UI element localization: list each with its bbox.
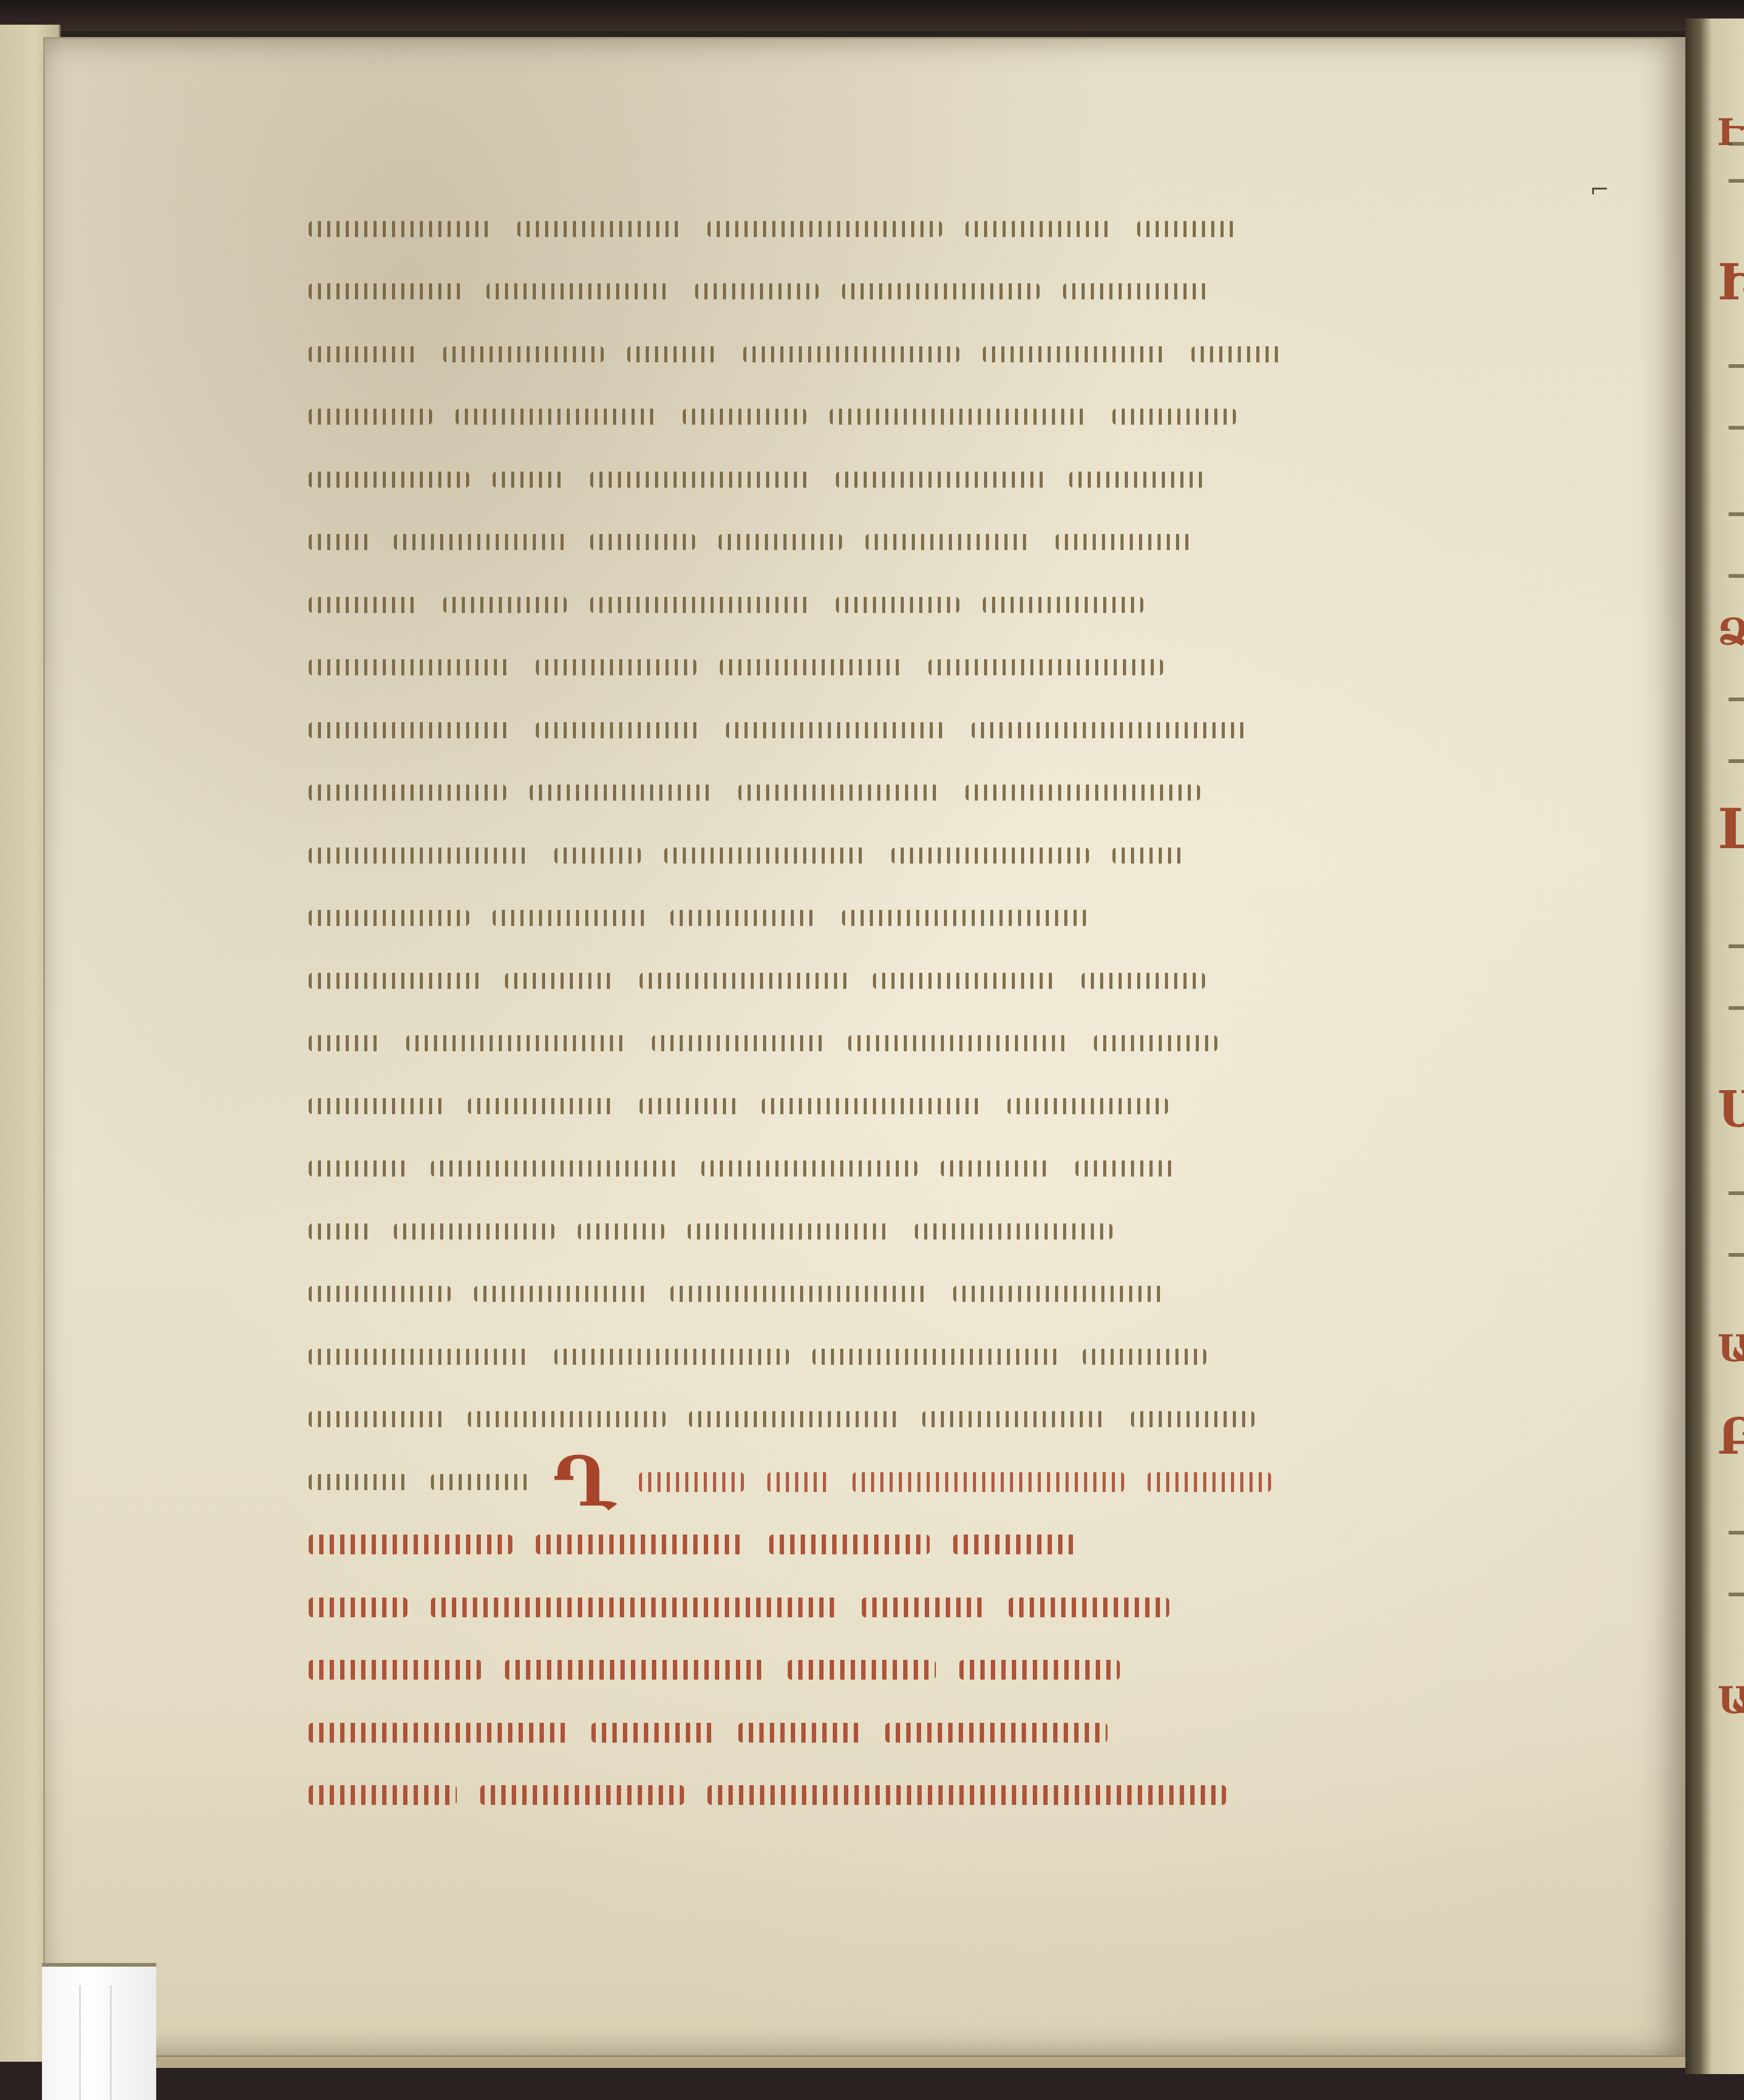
paper-bookmark-tab: [42, 1963, 156, 2100]
text-line: [309, 1075, 1562, 1138]
text-line: [309, 887, 1562, 950]
text-line: Ղ: [309, 1451, 1562, 1514]
text-line: [309, 762, 1562, 825]
rubric-initial: Ղ: [553, 1448, 615, 1516]
margin-initial: Լ: [1717, 796, 1744, 862]
text-line: [309, 573, 1562, 636]
manuscript-text-block: Ղ: [309, 198, 1562, 1827]
margin-initial: Ա: [1717, 1327, 1744, 1370]
text-line: [309, 448, 1562, 511]
rubric-line: [309, 1639, 1562, 1702]
margin-initial: Ւ: [1717, 111, 1744, 154]
text-line: [309, 699, 1562, 762]
text-line: [309, 1200, 1562, 1263]
text-line: [309, 949, 1562, 1012]
text-line: [309, 636, 1562, 699]
margin-initial: Ս: [1717, 1080, 1744, 1138]
text-line: [309, 386, 1562, 449]
text-line: [309, 1263, 1562, 1326]
binding-top-edge: [0, 0, 1744, 31]
text-line: [309, 1325, 1562, 1388]
page-bottom-edge: [43, 2056, 1685, 2068]
margin-initial: Բ: [1717, 1407, 1744, 1465]
text-line: [309, 511, 1562, 574]
text-line: [309, 1012, 1562, 1075]
text-line: [309, 323, 1562, 386]
text-line: [309, 1388, 1562, 1451]
text-line: [309, 260, 1562, 323]
margin-initial: Ձ: [1717, 611, 1744, 654]
margin-initial: Ի: [1717, 253, 1744, 311]
rubric-line: [309, 1514, 1562, 1577]
rubric-line: [309, 1576, 1562, 1639]
text-line: [309, 824, 1562, 887]
rubric-line: [309, 1701, 1562, 1764]
text-line: [309, 198, 1562, 260]
facing-page-edge: Ւ Ի Ձ Լ Ս Ա Բ Ա: [1685, 19, 1744, 2074]
margin-initial: Ա: [1717, 1679, 1744, 1722]
rubric-line: [309, 1764, 1562, 1827]
text-line: [309, 1138, 1562, 1201]
folio-mark: ⌐: [1590, 176, 1609, 203]
